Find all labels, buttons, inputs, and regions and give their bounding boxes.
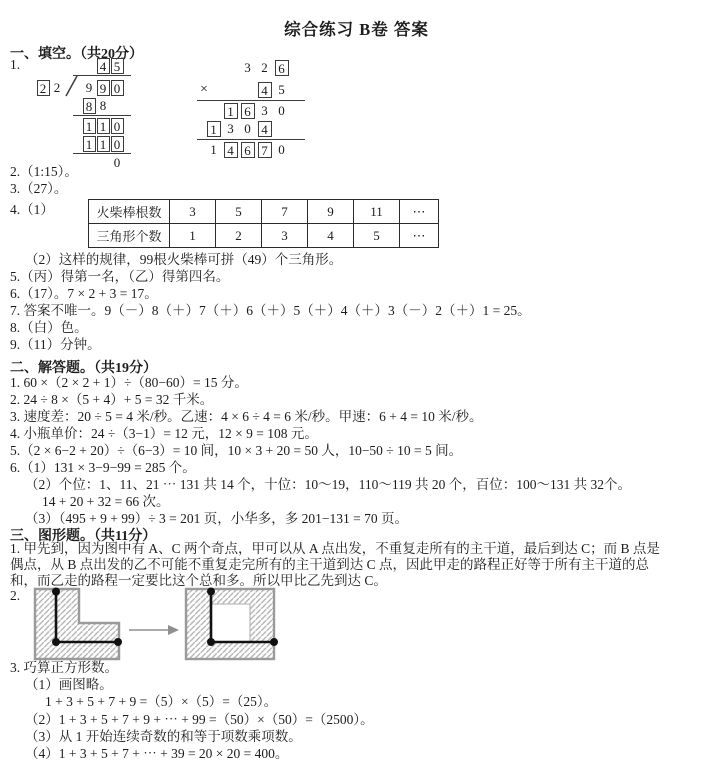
answer-line: （3）从 1 开始连续奇数的和等于项数乘项数。	[25, 728, 374, 745]
table-cell: 4	[308, 224, 354, 248]
table-cell: 5	[354, 224, 400, 248]
mult-multiplier: 45	[256, 82, 290, 98]
item-4-label: 4.（1）	[10, 198, 54, 218]
division-remainder: 0	[110, 155, 124, 171]
table-cell: 1	[170, 224, 216, 248]
matchstick-table: 火柴棒根数 3 5 7 9 11 ⋯ 三角形个数 1 2 3 4 5 ⋯	[88, 199, 439, 248]
fill-items-a: 2.（1:15）。 3.（27）。	[0, 163, 78, 197]
arrow-icon	[128, 623, 180, 637]
table-cell: ⋯	[400, 224, 439, 248]
division-rule-1	[73, 115, 131, 116]
table-cell: 9	[308, 200, 354, 224]
answer-line: 7. 答案不唯一。9（－）8（＋）7（＋）6（＋）5（＋）4（＋）3（－）2（＋…	[10, 302, 531, 319]
paragraph-line: 1. 甲先到，因为图中有 A、C 两个奇点，甲可以从 A 点出发，不重复走所有的…	[10, 541, 710, 557]
answer-line: 3. 巧算正方形数。	[10, 659, 374, 676]
figure-item-2: 2.	[0, 585, 713, 663]
answer-sheet-page: 综合练习 B卷 答案 一、填空。（共20分） 1. 45 22 990 88 1…	[0, 0, 713, 766]
l-shape-figure	[33, 587, 123, 663]
long-division: 45 22 990 88 110 110 0	[15, 56, 160, 172]
division-bracket-icon	[63, 75, 79, 97]
answer-line: 5.（丙）得第一名，（乙）得第四名。	[10, 268, 531, 285]
table-cell: 5	[216, 200, 262, 224]
page-title: 综合练习 B卷 答案	[0, 16, 713, 40]
division-step1: 88	[82, 98, 110, 114]
mult-partial-2: 1304	[205, 121, 273, 137]
answer-line: 3.（27）。	[10, 180, 78, 197]
division-rule-2	[73, 153, 131, 154]
answer-line: 14 + 20 + 32 = 66 次。	[42, 493, 631, 510]
answer-line: 4. 小瓶单价：24 ÷（3−1）= 12 元，12 × 9 = 108 元。	[10, 425, 631, 442]
answer-line: 2. 24 ÷ 8 ×（5 + 4）+ 5 = 32 千米。	[10, 391, 631, 408]
table-header-cell: 三角形个数	[89, 224, 170, 248]
table-header-cell: 火柴棒根数	[89, 200, 170, 224]
answer-line: （1）画图略。	[25, 676, 374, 693]
answer-line: 1 + 3 + 5 + 7 + 9 =（5）×（5）=（25）。	[45, 693, 374, 710]
mult-rule-2	[197, 139, 305, 140]
answer-line: （2）1 + 3 + 5 + 7 + 9 + ⋯ + 99 =（50）×（50）…	[25, 711, 374, 728]
answer-line: （4）1 + 3 + 5 + 7 + ⋯ + 39 = 20 × 20 = 40…	[25, 745, 374, 762]
multiplication: 326 × 45 1630 1304 14670	[197, 56, 317, 160]
division-dividend: 990	[82, 80, 124, 96]
figure-item-1-paragraph: 1. 甲先到，因为图中有 A、C 两个奇点，甲可以从 A 点出发，不重复走所有的…	[10, 541, 710, 588]
answer-line: 2.（1:15）。	[10, 163, 78, 180]
answer-line: 9.（11）分钟。	[10, 336, 531, 353]
answer-line: 6.（17）。7 × 2 + 3 = 17。	[10, 285, 531, 302]
answer-line: （2）这样的规律，99根火柴棒可拼（49）个三角形。	[25, 251, 531, 268]
mult-product: 14670	[205, 142, 290, 158]
paragraph-line: 偶点，从 B 点出发的乙不可能不重复走完所有的主干道到达 C 点，因此甲走的路程…	[10, 557, 710, 573]
mult-partial-1: 1630	[222, 103, 290, 119]
table-cell: ⋯	[400, 200, 439, 224]
table-row: 火柴棒根数 3 5 7 9 11 ⋯	[89, 200, 439, 224]
item-2-label: 2.	[10, 588, 20, 604]
division-step3: 110	[82, 136, 124, 152]
mult-rule-1	[197, 100, 305, 101]
table-cell: 3	[170, 200, 216, 224]
solve-items: 1. 60 ×（2 × 2 + 1）÷（80−60）= 15 分。 2. 24 …	[0, 374, 631, 527]
division-step2: 110	[82, 118, 124, 134]
transformed-figure	[184, 587, 280, 663]
table-cell: 7	[262, 200, 308, 224]
answer-line: 6.（1）131 × 3−9−99 = 285 个。	[10, 459, 631, 476]
table-row: 三角形个数 1 2 3 4 5 ⋯	[89, 224, 439, 248]
answer-line: 8.（白）色。	[10, 319, 531, 336]
answer-line: 3. 速度差：20 ÷ 5 = 4 米/秒。乙速：4 × 6 ÷ 4 = 6 米…	[10, 408, 631, 425]
answer-line: 5.（2 × 6−2 + 20）÷（6−3）= 10 间，10 × 3 + 20…	[10, 442, 631, 459]
division-divisor: 22	[36, 80, 64, 96]
answer-line: （2）个位：1、11、21 ⋯ 131 共 14 个，十位：10～19，110～…	[25, 476, 631, 493]
mult-multiplicand: 326	[239, 60, 290, 76]
fill-items-b: （2）这样的规律，99根火柴棒可拼（49）个三角形。 5.（丙）得第一名，（乙）…	[0, 251, 531, 353]
multiply-sign: ×	[200, 82, 208, 98]
division-quotient: 45	[96, 58, 124, 74]
table-cell: 2	[216, 224, 262, 248]
division-vinculum	[73, 75, 131, 76]
table-cell: 3	[262, 224, 308, 248]
table-cell: 11	[354, 200, 400, 224]
answer-line: 1. 60 ×（2 × 2 + 1）÷（80−60）= 15 分。	[10, 374, 631, 391]
figure-item-3: 3. 巧算正方形数。 （1）画图略。 1 + 3 + 5 + 7 + 9 =（5…	[0, 659, 374, 762]
